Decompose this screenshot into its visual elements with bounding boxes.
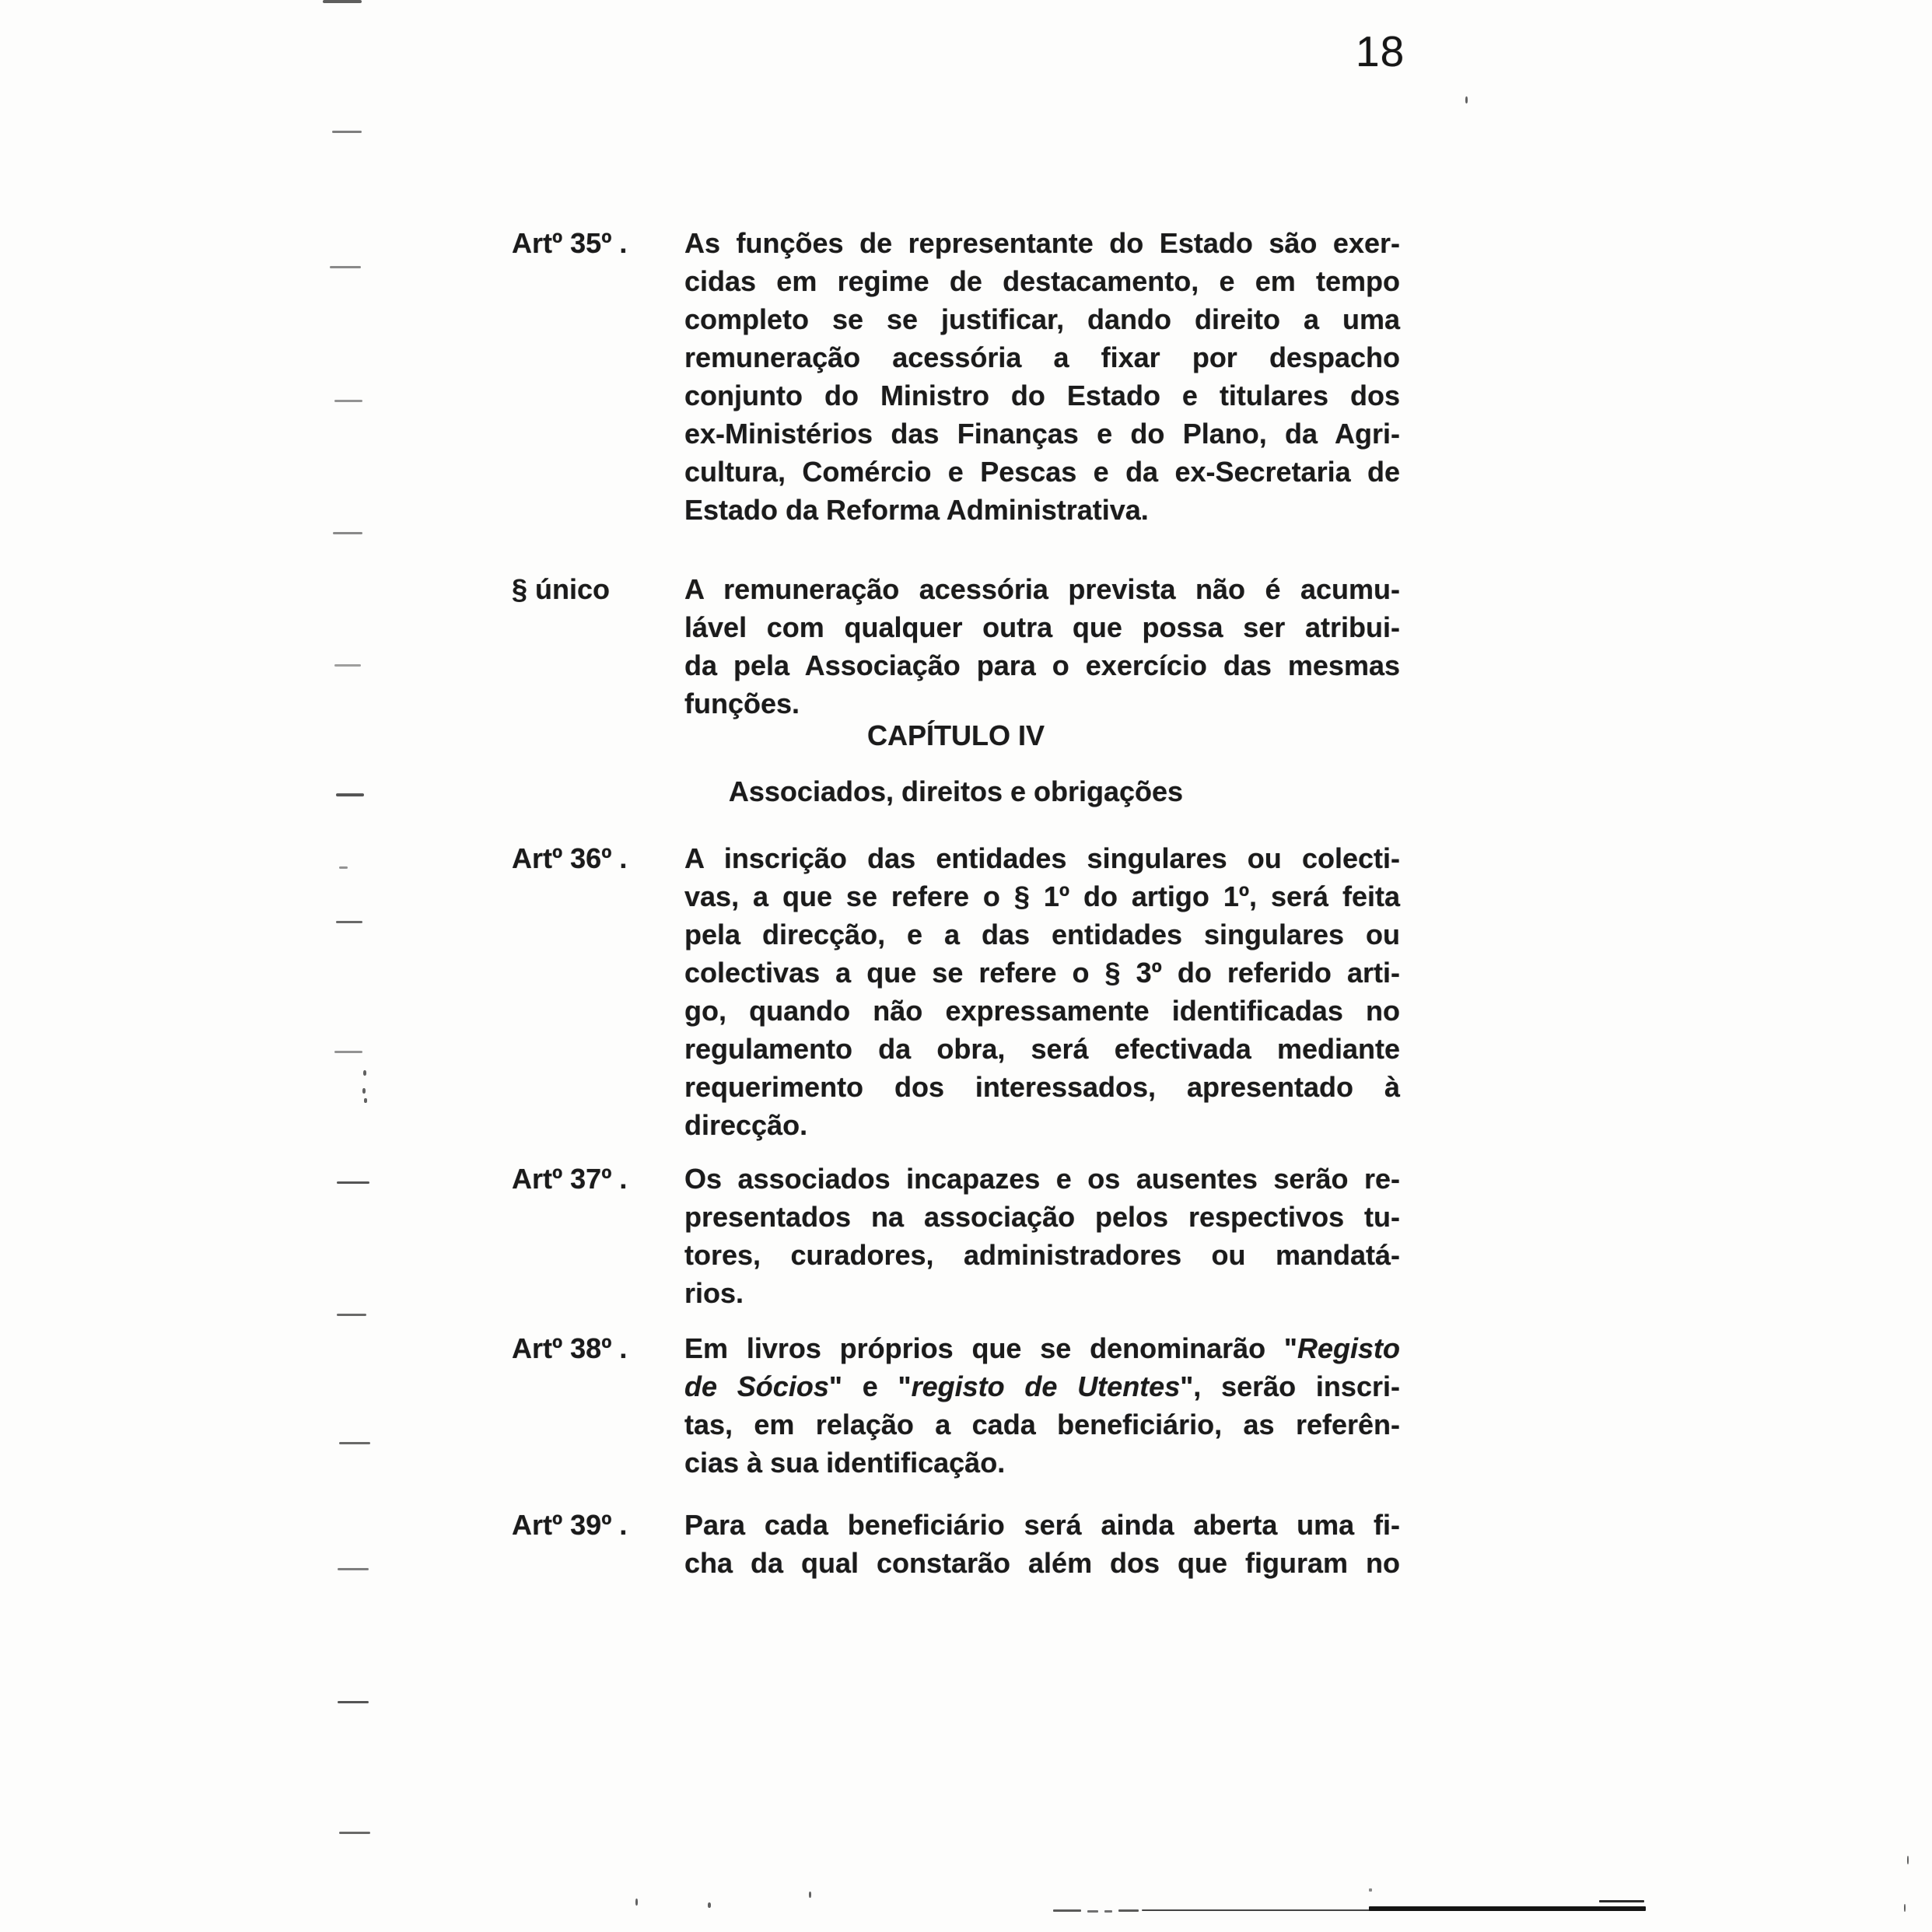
scan-speck bbox=[1465, 96, 1468, 103]
text-line: Os associados incapazes e os ausentes se… bbox=[684, 1160, 1400, 1198]
article-36-label: Artº 36º . bbox=[512, 839, 679, 877]
margin-dash bbox=[323, 0, 362, 3]
text-line: cidas em regime de destacamento, e em te… bbox=[684, 262, 1400, 300]
text-line: Estado da Reforma Administrativa. bbox=[684, 491, 1400, 529]
text-line: cultura, Comércio e Pescas e da ex-Secre… bbox=[684, 453, 1400, 491]
bottom-rule-segment bbox=[1369, 1906, 1646, 1911]
paragraph-unico-text: A remuneração acessória prevista não é a… bbox=[684, 570, 1400, 723]
scan-speck bbox=[1907, 1856, 1909, 1864]
text-line: go, quando não expressamente identificad… bbox=[684, 992, 1400, 1030]
text-line: lável com qualquer outra que possa ser a… bbox=[684, 608, 1400, 646]
bottom-rule-segment bbox=[1104, 1910, 1112, 1913]
margin-dash bbox=[336, 921, 362, 923]
bottom-rule-segment bbox=[1599, 1900, 1644, 1902]
text-line: Para cada beneficiário será ainda aberta… bbox=[684, 1506, 1400, 1544]
text-line: requerimento dos interessados, apresenta… bbox=[684, 1068, 1400, 1106]
text-line: cias à sua identificação. bbox=[684, 1444, 1400, 1482]
margin-dash bbox=[336, 793, 364, 796]
article-37-label: Artº 37º . bbox=[512, 1160, 679, 1198]
margin-dash bbox=[334, 400, 362, 402]
text-line: Em livros próprios que se denominarão "R… bbox=[684, 1329, 1400, 1367]
scan-speck bbox=[363, 1070, 366, 1076]
paragraph-unico-label: § único bbox=[512, 570, 679, 608]
chapter-subtitle: Associados, direitos e obrigações bbox=[512, 772, 1400, 810]
margin-dash bbox=[334, 664, 361, 667]
scan-speck bbox=[635, 1899, 638, 1906]
text-line: tas, em relação a cada beneficiário, as … bbox=[684, 1405, 1400, 1444]
text-line: cha da qual constarão além dos que figur… bbox=[684, 1544, 1400, 1582]
article-36-text: A inscrição das entidades singulares ou … bbox=[684, 839, 1400, 1144]
text-line: vas, a que se refere o § 1º do artigo 1º… bbox=[684, 877, 1400, 915]
text-line: colectivas a que se refere o § 3º do ref… bbox=[684, 954, 1400, 992]
scan-speck bbox=[1904, 1904, 1906, 1912]
margin-dash bbox=[333, 532, 362, 534]
text-line: rios. bbox=[684, 1274, 1400, 1312]
article-38-text: Em livros próprios que se denominarão "R… bbox=[684, 1329, 1400, 1482]
article-37-text: Os associados incapazes e os ausentes se… bbox=[684, 1160, 1400, 1312]
text-line: remuneração acessória a fixar por despac… bbox=[684, 338, 1400, 376]
margin-dash bbox=[330, 266, 361, 268]
text-line: pela direcção, e a das entidades singula… bbox=[684, 915, 1400, 954]
text-line: As funções de representante do Estado sã… bbox=[684, 224, 1400, 262]
margin-dash bbox=[337, 1314, 366, 1316]
text-line: ex-Ministérios das Finanças e do Plano, … bbox=[684, 415, 1400, 453]
text-line: A remuneração acessória prevista não é a… bbox=[684, 570, 1400, 608]
margin-dash bbox=[339, 1832, 370, 1834]
article-39-text: Para cada beneficiário será ainda aberta… bbox=[684, 1506, 1400, 1582]
text-line: A inscrição das entidades singulares ou … bbox=[684, 839, 1400, 877]
text-line: direcção. bbox=[684, 1106, 1400, 1144]
text-line: tores, curadores, administradores ou man… bbox=[684, 1236, 1400, 1274]
margin-dash bbox=[338, 1568, 369, 1570]
page-number: 18 bbox=[1356, 26, 1405, 76]
scan-speck bbox=[809, 1892, 811, 1898]
margin-dash bbox=[339, 866, 348, 869]
article-35-text: As funções de representante do Estado sã… bbox=[684, 224, 1400, 529]
bottom-rule-segment bbox=[1053, 1909, 1081, 1912]
document-page: 18 Artº 35º . As funções de representant… bbox=[0, 0, 1932, 1932]
bottom-rule-segment bbox=[1142, 1909, 1375, 1911]
margin-dash bbox=[338, 1701, 369, 1703]
article-38-label: Artº 38º . bbox=[512, 1329, 679, 1367]
bottom-rule-segment bbox=[1118, 1909, 1139, 1912]
text-line: de Sócios" e "registo de Utentes", serão… bbox=[684, 1367, 1400, 1405]
margin-dash bbox=[337, 1181, 369, 1184]
text-line: conjunto do Ministro do Estado e titular… bbox=[684, 376, 1400, 415]
scan-speck bbox=[364, 1098, 367, 1103]
text-line: completo se se justificar, dando direito… bbox=[684, 300, 1400, 338]
text-line: regulamento da obra, será efectivada med… bbox=[684, 1030, 1400, 1068]
margin-dash bbox=[334, 1051, 362, 1053]
scan-speck bbox=[362, 1088, 366, 1094]
bottom-rule-segment bbox=[1369, 1888, 1372, 1892]
margin-dash bbox=[332, 131, 362, 133]
article-35-label: Artº 35º . bbox=[512, 224, 679, 262]
text-line: da pela Associação para o exercício das … bbox=[684, 646, 1400, 684]
chapter-heading: CAPÍTULO IV bbox=[512, 716, 1400, 754]
article-39-label: Artº 39º . bbox=[512, 1506, 679, 1544]
text-line: presentados na associação pelos respecti… bbox=[684, 1198, 1400, 1236]
bottom-rule-segment bbox=[1087, 1910, 1098, 1913]
scan-speck bbox=[708, 1902, 711, 1908]
margin-dash bbox=[339, 1442, 370, 1444]
